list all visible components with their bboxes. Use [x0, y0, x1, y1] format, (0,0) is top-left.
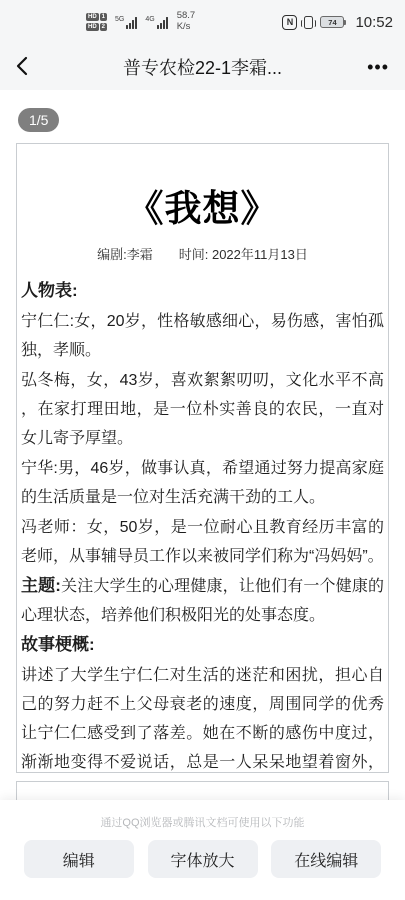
document-title-bar: 普专农检22-1李霜...	[46, 54, 359, 80]
signal-4g-label: 4G	[145, 16, 154, 23]
paragraph-text: 讲述了大学生宁仁仁对生活的迷茫和困扰，担心自己的努力赶不上父母衰老的速度，周围同…	[21, 667, 384, 773]
nfc-icon: N	[282, 15, 297, 30]
sim1-badge: 1	[100, 13, 107, 21]
status-left-cluster: HD 1 HD 2 5G 4G 58.7 K/s	[86, 11, 195, 33]
status-bar: HD 1 HD 2 5G 4G 58.7 K/s N 74 10:52	[0, 0, 405, 44]
doc-paragraph: 弘冬梅，女，43岁，喜欢絮絮叨叨，文化水平不高 ，在家打理田地，是一位朴实善良的…	[21, 365, 384, 453]
document-viewport[interactable]: 1/5 《我想》 编剧:李霜 时间: 2022年11月13日 人物表: 宁仁仁:…	[0, 90, 405, 900]
doc-paragraph: 主题:关注大学生的心理健康，让他们有一个健康的心理状态，培养他们积极阳光的处事态…	[21, 571, 384, 630]
more-menu-button[interactable]: •••	[359, 57, 389, 78]
doc-date: 时间: 2022年11月13日	[179, 244, 308, 263]
back-icon	[16, 56, 28, 76]
doc-author: 编剧:李霜	[97, 244, 153, 263]
document-page-1: 《我想》 编剧:李霜 时间: 2022年11月13日 人物表: 宁仁仁:女，20…	[16, 143, 389, 773]
doc-paragraph: 冯老师：女，50岁，是一位耐心且教育经历丰富的老师，从事辅导员工作以来被同学们称…	[21, 512, 384, 571]
signal-4g-icon: 4G	[145, 16, 167, 29]
doc-paragraph: 宁仁仁:女，20岁，性格敏感细心，易伤感，害怕孤独，孝顺。	[21, 306, 384, 365]
page-indicator-badge: 1/5	[18, 108, 59, 132]
earpiece-mode-icon	[304, 16, 313, 29]
paragraph-text: 弘冬梅，女，43岁，喜欢絮絮叨叨，文化水平不高 ，在家打理田地，是一位朴实善良的…	[21, 372, 384, 447]
doc-paragraph: 人物表:	[21, 276, 384, 306]
section-heading: 主题:	[21, 576, 61, 595]
hd1-icon: HD	[86, 13, 99, 21]
doc-byline: 编剧:李霜 时间: 2022年11月13日	[21, 244, 384, 263]
network-speed: 58.7 K/s	[177, 11, 196, 33]
paragraph-text: 宁仁仁:女，20岁，性格敏感细心，易伤感，害怕孤独，孝顺。	[21, 313, 384, 359]
online-edit-button[interactable]: 在线编辑	[271, 840, 381, 878]
paragraph-text: 冯老师：女，50岁，是一位耐心且教育经历丰富的老师，从事辅导员工作以来被同学们称…	[21, 519, 384, 565]
signal-5g-label: 5G	[115, 16, 124, 23]
edit-button[interactable]: 编辑	[24, 840, 134, 878]
doc-paragraph: 讲述了大学生宁仁仁对生活的迷茫和困扰，担心自己的努力赶不上父母衰老的速度，周围同…	[21, 660, 384, 773]
signal-5g-icon: 5G	[115, 16, 137, 29]
paragraph-text: 宁华:男，46岁，做事认真，希望通过努力提高家庭的生活质量是一位对生活充满干劲的…	[21, 460, 384, 506]
doc-paragraph: 故事梗概:	[21, 630, 384, 660]
doc-body: 人物表: 宁仁仁:女，20岁，性格敏感细心，易伤感，害怕孤独，孝顺。 弘冬梅，女…	[21, 276, 384, 773]
paragraph-text: 关注大学生的心理健康，让他们有一个健康的心理状态，培养他们积极阳光的处事态度。	[21, 578, 384, 624]
hd2-icon: HD	[86, 23, 99, 31]
battery-level: 74	[320, 16, 344, 28]
font-zoom-button[interactable]: 字体放大	[148, 840, 258, 878]
feature-hint-text: 通过QQ浏览器或腾讯文档可使用以下功能	[0, 814, 405, 830]
doc-title: 《我想》	[21, 178, 384, 232]
more-icon: •••	[367, 57, 389, 77]
section-heading: 人物表:	[21, 281, 78, 300]
bottom-action-bar: 通过QQ浏览器或腾讯文档可使用以下功能 编辑 字体放大 在线编辑	[0, 800, 405, 900]
back-button[interactable]	[16, 54, 46, 80]
nav-bar: 普专农检22-1李霜... •••	[0, 44, 405, 90]
volte-hd-icons: HD 1 HD 2	[86, 13, 107, 31]
sim2-badge: 2	[100, 23, 107, 31]
section-heading: 故事梗概:	[21, 635, 95, 654]
footer-buttons: 编辑 字体放大 在线编辑	[0, 840, 405, 878]
doc-paragraph: 宁华:男，46岁，做事认真，希望通过努力提高家庭的生活质量是一位对生活充满干劲的…	[21, 453, 384, 512]
battery-icon: 74	[320, 16, 346, 28]
status-right-cluster: N 74 10:52	[282, 14, 393, 31]
clock: 10:52	[355, 14, 393, 31]
network-speed-unit: K/s	[177, 22, 196, 33]
